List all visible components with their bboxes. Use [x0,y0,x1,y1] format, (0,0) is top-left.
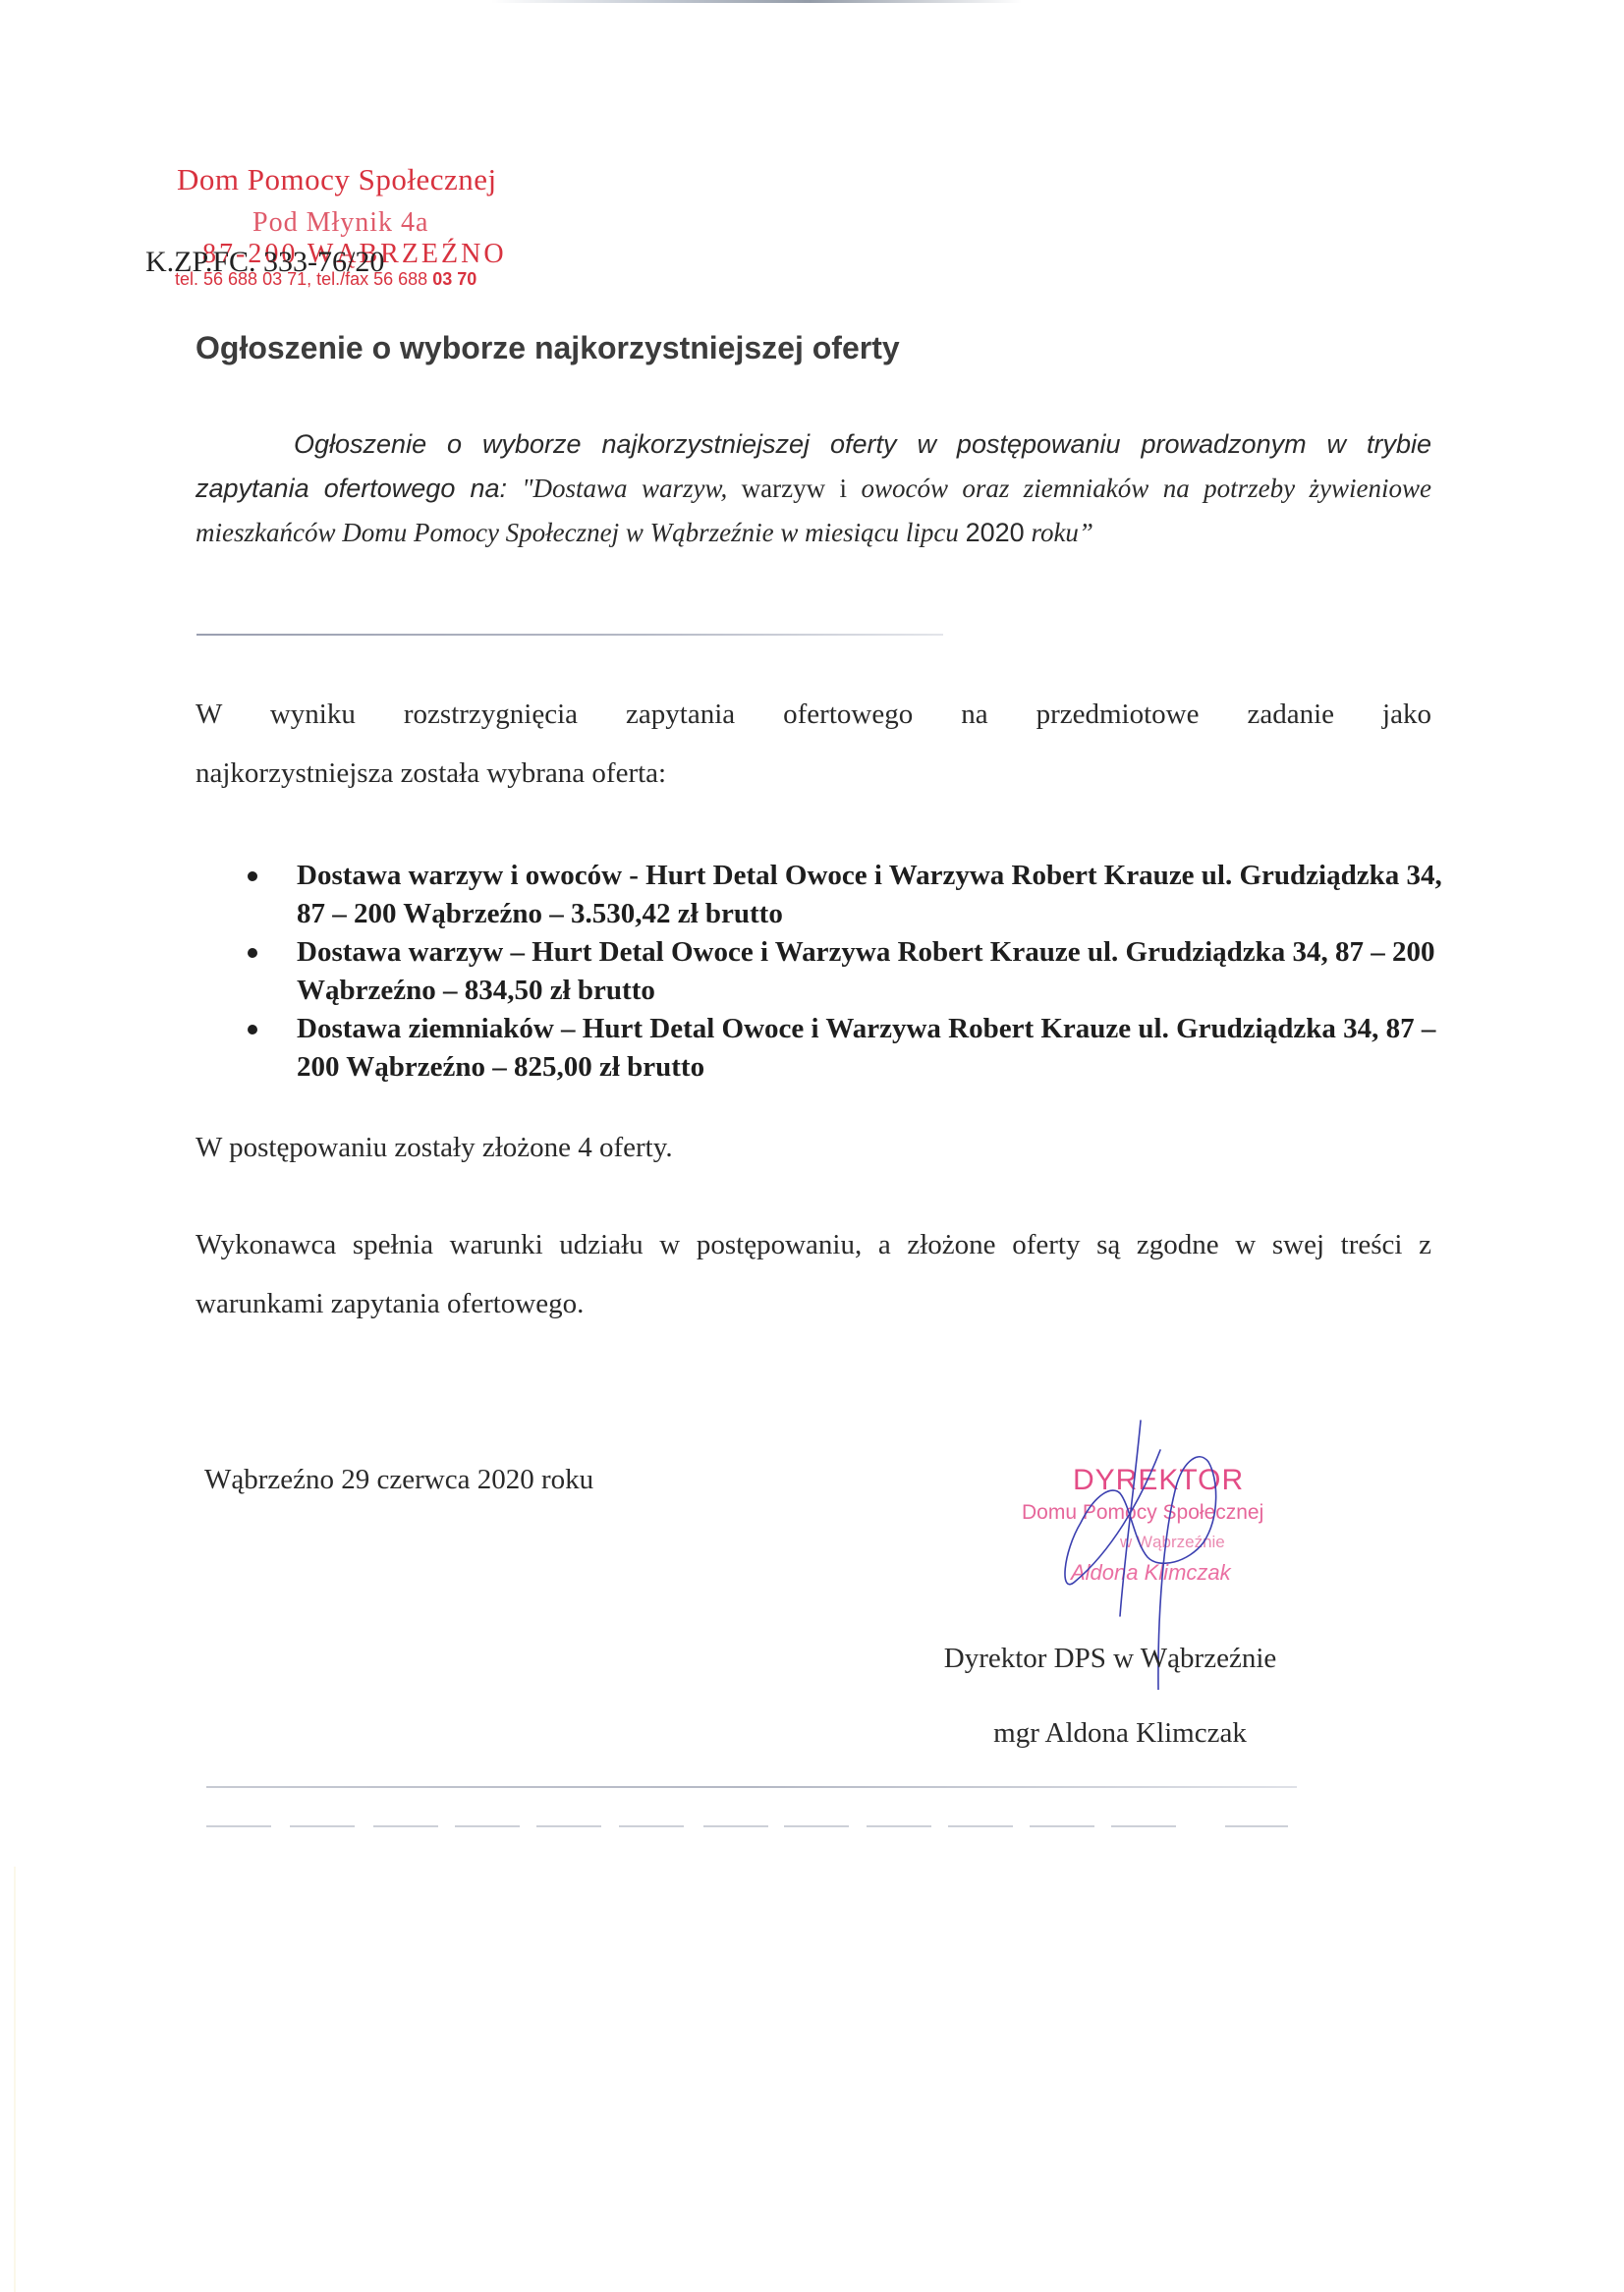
reference-number: K.ZP.FC. 333-76/20 [145,246,384,279]
section-divider [196,634,943,636]
footer-dash [373,1825,438,1827]
result-paragraph: W wyniku rozstrzygnięcia zapytania ofert… [196,685,1431,803]
stamp-name: Dom Pomocy Społecznej [177,162,497,197]
intro-year: 2020 [966,518,1025,547]
footer-dash [536,1825,601,1827]
document-title: Ogłoszenie o wyborze najkorzystniejszej … [196,330,900,366]
footer-dash [1030,1825,1094,1827]
footer-dash [703,1825,768,1827]
offer-item: Dostawa ziemniaków – Hurt Detal Owoce i … [236,1010,1454,1087]
signer-title: Dyrektor DPS w Wąbrzeźnie [865,1643,1356,1675]
offer-text: Dostawa warzyw – Hurt Detal Owoce i Warz… [297,936,1435,1006]
compliance-paragraph: Wykonawca spełnia warunki udziału w post… [196,1215,1431,1333]
bullet-icon [248,948,257,958]
intro-quote-1: "Dostawa warzyw, [522,474,741,503]
footer-dash [1225,1825,1288,1827]
intro-quote-end: roku” [1025,518,1093,547]
offer-text: Dostawa ziemniaków – Hurt Detal Owoce i … [297,1013,1435,1083]
footer-dash [619,1825,684,1827]
director-stamp-city: w Wąbrzeźnie [1120,1533,1225,1552]
footer-dash [455,1825,520,1827]
footer-dash [867,1825,931,1827]
signer-name: mgr Aldona Klimczak [874,1717,1366,1750]
footer-dash [290,1825,355,1827]
footer-dash [206,1825,271,1827]
result-line-1: W wyniku rozstrzygnięcia zapytania ofert… [196,685,1431,744]
footer-dash [948,1825,1013,1827]
director-stamp-title: DYREKTOR [1073,1464,1244,1497]
bullet-icon [248,1025,257,1034]
scan-artifact-left [14,1867,16,2292]
offer-item: Dostawa warzyw – Hurt Detal Owoce i Warz… [236,933,1454,1010]
stamp-street: Pod Młynik 4a [252,207,428,239]
offer-item: Dostawa warzyw i owoców - Hurt Detal Owo… [236,857,1454,933]
selected-offers-list: Dostawa warzyw i owoców - Hurt Detal Owo… [236,857,1454,1087]
offer-text: Dostawa warzyw i owoców - Hurt Detal Owo… [297,860,1442,929]
director-stamp-institution: Domu Pomocy Społecznej [1022,1501,1263,1525]
footer-line [206,1786,1297,1788]
scan-artifact-top [491,0,1022,3]
offers-count-paragraph: W postępowaniu zostały złożone 4 oferty. [196,1128,1431,1167]
stamp-phone-bold: 03 70 [432,269,476,289]
intro-paragraph: Ogłoszenie o wyborze najkorzystniejszej … [196,422,1431,555]
footer-dash [1111,1825,1176,1827]
bullet-icon [248,871,257,881]
result-line-2: najkorzystniejsza została wybrana oferta… [196,744,1431,803]
intro-plain: warzyw i [742,474,862,503]
director-stamp-name: Aldona Klimczak [1071,1560,1231,1586]
place-and-date: Wąbrzeźno 29 czerwca 2020 roku [204,1464,593,1496]
footer-dash [784,1825,849,1827]
